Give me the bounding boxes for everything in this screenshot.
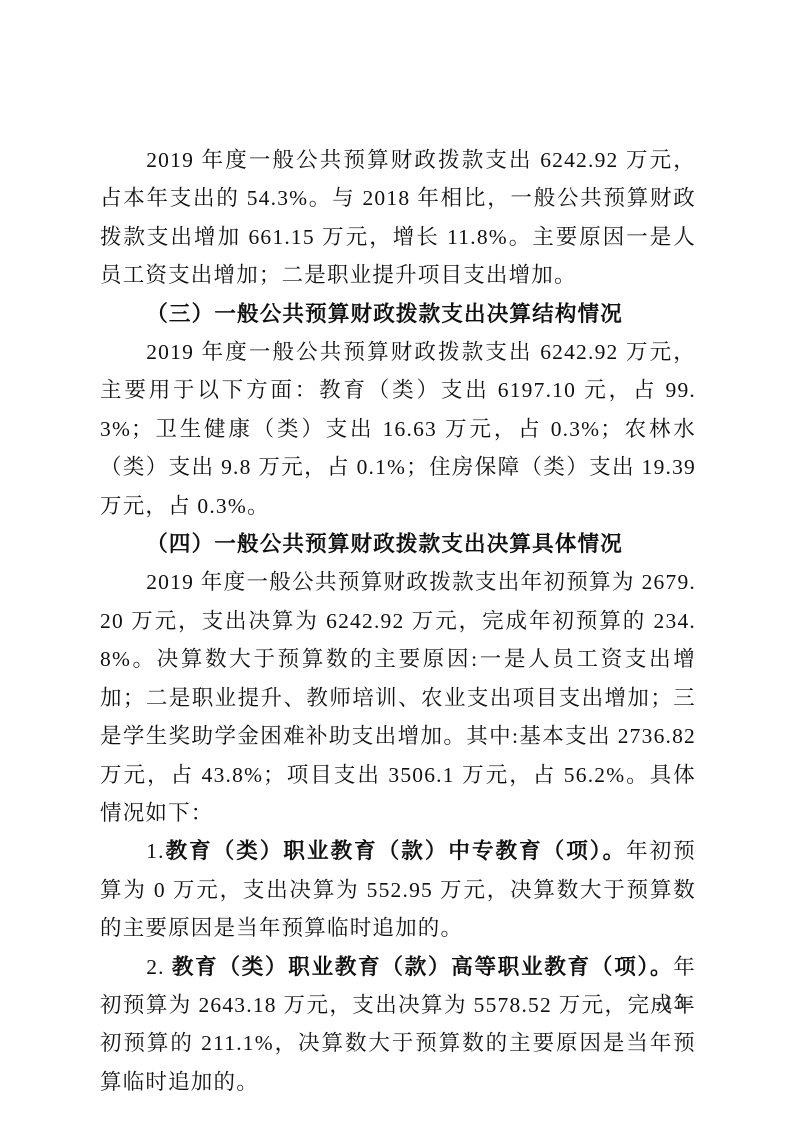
body-paragraph-expenditure-detail: 2019 年度一般公共预算财政拨款支出年初预算为 2679.20 万元，支出决算… [100,563,696,832]
item-1-title: 教育（类）职业教育（款）中专教育（项）。 [165,839,626,863]
section-heading-4: （四）一般公共预算财政拨款支出决算具体情况 [100,525,696,563]
item-2-title: 教育（类）职业教育（款）高等职业教育（项）。 [172,955,673,979]
item-1-number: 1. [146,839,165,863]
item-2-number: 2. [146,955,172,979]
section-heading-3: （三）一般公共预算财政拨款支出决算结构情况 [100,295,696,333]
body-paragraph-expenditure-structure: 2019 年度一般公共预算财政拨款支出 6242.92 万元，主要用于以下方面：… [100,333,696,525]
page-number: -13- [656,992,693,1015]
numbered-item-1: 1.教育（类）职业教育（款）中专教育（项）。年初预算为 0 万元，支出决算为 5… [100,832,696,947]
body-paragraph-expenditure-overview: 2019 年度一般公共预算财政拨款支出 6242.92 万元，占本年支出的 54… [100,141,696,295]
numbered-item-2: 2. 教育（类）职业教育（款）高等职业教育（项）。年初预算为 2643.18 万… [100,948,696,1102]
document-page: 2019 年度一般公共预算财政拨款支出 6242.92 万元，占本年支出的 54… [100,141,696,1101]
